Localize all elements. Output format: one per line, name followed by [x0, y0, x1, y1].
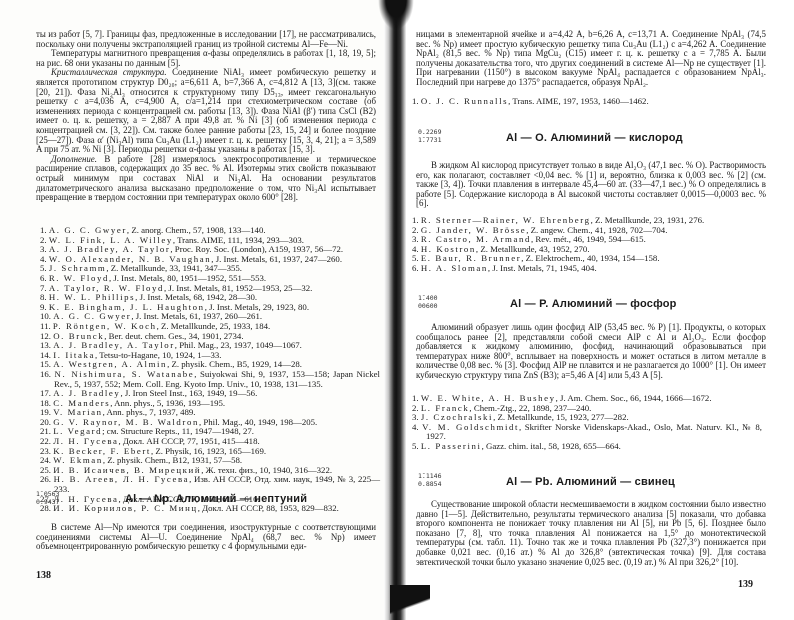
- log-value: 0.2269: [418, 128, 441, 136]
- reference-authors: A. G. C. Gwyer: [53, 311, 131, 321]
- reference-source: , Gazz. chim. ital., 58, 1928, 655—664.: [482, 441, 621, 451]
- reference-number: 26.: [40, 474, 51, 484]
- reference-list-np: 1. O. J. C. Runnalls, Trans. AIME, 197, …: [402, 97, 762, 107]
- reference-item: 1. O. J. C. Runnalls, Trans. AIME, 197, …: [402, 97, 762, 107]
- reference-number: 18.: [40, 398, 51, 408]
- paragraph: Алюминий образует лишь один фосфид AlP (…: [416, 323, 766, 381]
- reference-number: 8.: [40, 292, 47, 302]
- right-page: ницами в элементарной ячейке и a=4,42 A,…: [398, 0, 794, 620]
- paragraph-lead: Дополнение.: [51, 154, 97, 164]
- reference-number: 10.: [40, 311, 51, 321]
- reference-source: , Trans. AIME, 111, 1934, 293—303.: [173, 235, 304, 245]
- log-value: 0.9437: [36, 498, 59, 506]
- reference-source: , J. Inst. Metals, 29, 1923, 80.: [205, 302, 309, 312]
- reference-number: 22.: [40, 436, 51, 446]
- reference-number: 6.: [412, 263, 419, 273]
- paragraph: В системе Al—Np имеются три соединения, …: [36, 523, 376, 552]
- paragraph: ницами в элементарной ячейке и a=4,42 A,…: [416, 30, 766, 88]
- reference-item: 16. N. Nishimura, S. Watanabe, Suiyokwai…: [30, 370, 380, 389]
- p-text: Алюминий образует лишь один фосфид AlP (…: [416, 323, 766, 381]
- reference-number: 6.: [40, 273, 47, 283]
- reference-source: , Phil. Mag., 23, 1937, 1049—1067.: [175, 340, 302, 350]
- reference-number: 3.: [40, 244, 47, 254]
- reference-number: 11.: [40, 321, 51, 331]
- reference-source: ; см. Structure Repts., 11, 1947—1948, 2…: [102, 426, 254, 436]
- reference-number: 24.: [40, 455, 51, 465]
- reference-item: 5. L. Passerini, Gazz. chim. ital., 58, …: [402, 442, 762, 452]
- reference-source: , Z. angew. Chem., 41, 1928, 702—704.: [526, 225, 667, 235]
- reference-authors: Л. Н. Гусева: [53, 494, 118, 504]
- log-value: 1̄.7731: [418, 136, 441, 144]
- addendum-paragraph: Дополнение. В работе [28] измерялось эле…: [36, 155, 376, 203]
- reference-number: 1.: [40, 225, 47, 235]
- reference-number: 9.: [40, 302, 47, 312]
- page-number: 139: [738, 579, 753, 590]
- reference-number: 12.: [40, 331, 51, 341]
- reference-authors: G. V. Raynor, M. B. Waldron: [53, 417, 199, 427]
- section-heading-np: Al — Np. Алюминий — нептуний: [125, 493, 307, 505]
- reference-authors: V. M. Goldschmidt: [422, 422, 519, 432]
- reference-authors: A. G. C. Gwyer: [49, 225, 127, 235]
- log-value: 00600: [418, 302, 438, 310]
- reference-item: 6. H. A. Sloman, J. Inst. Metals, 71, 19…: [402, 264, 762, 274]
- reference-authors: A. Westgren, A. Almin: [53, 359, 167, 369]
- reference-authors: R. Sterner—Rainer, W. Ehrenberg: [421, 215, 591, 225]
- reference-authors: Н. В. Агеев, Л. Н. Гусева: [54, 474, 190, 484]
- log-value: 1̄.400: [418, 294, 438, 302]
- o-text: В жидком Al кислород присутствует только…: [416, 161, 766, 209]
- reference-authors: K. Becker, F. Ebert: [53, 446, 151, 456]
- reference-list-ni: 1. A. G. C. Gwyer, Z. anorg. Chem., 57, …: [30, 226, 380, 514]
- reference-number: 23.: [40, 446, 51, 456]
- reference-number: 17.: [40, 388, 51, 398]
- reference-authors: I. Iitaka: [53, 350, 95, 360]
- reference-source: , Z. Metallkunde, 23, 1931, 276.: [591, 215, 705, 225]
- reference-authors: C. Manders: [53, 398, 110, 408]
- reference-source: , Z. Metallkunde, 15, 1923, 277—282.: [493, 412, 629, 422]
- reference-number: 1.: [412, 96, 419, 106]
- reference-authors: W. L. Fink, L. A. Willey: [49, 235, 173, 245]
- reference-number: 13.: [40, 340, 51, 350]
- reference-source: , J. Inst. Metals, 68, 1942, 28—30.: [135, 292, 257, 302]
- reference-authors: R. W. Floyd: [49, 273, 109, 283]
- reference-source: , Chem.-Ztg., 22, 1898, 237—240.: [469, 403, 591, 413]
- left-intro: ты из работ [5, 7]. Границы фаз, предлож…: [36, 30, 376, 203]
- reference-source: , J. Inst. Metals, 61, 1937, 260—261.: [131, 311, 262, 321]
- reference-list-p: 1. W. E. White, A. H. Bushey, J. Am. Che…: [402, 394, 762, 452]
- reference-number: 3.: [412, 412, 419, 422]
- reference-source: , Z. Physik, 16, 1923, 165—169.: [151, 446, 266, 456]
- page-number: 138: [36, 570, 51, 581]
- reference-authors: A. J. Bradley, A. Taylor: [49, 244, 171, 254]
- paragraph: Существование широкой области несмешивае…: [416, 500, 766, 567]
- reference-authors: O. Brunck: [53, 331, 104, 341]
- reference-authors: L. Franck: [421, 403, 470, 413]
- log-values-np: 1̄.0563 0.9437: [36, 490, 59, 506]
- reference-source: , J. Am. Chem. Soc., 66, 1944, 1666—1672…: [556, 393, 712, 403]
- reference-authors: И. В. Исаичев, В. Мирецкий: [53, 465, 201, 475]
- reference-number: 19.: [40, 407, 51, 417]
- reference-source: , J. Inst. Metals, 80, 1951—1952, 551—55…: [109, 273, 266, 283]
- reference-number: 2.: [412, 225, 419, 235]
- reference-number: 2.: [412, 403, 419, 413]
- reference-source: , Докл. АН СССР, 77, 1951, 415—418.: [119, 436, 260, 446]
- reference-authors: G. Jander, W. Brösse: [421, 225, 526, 235]
- reference-source: , Rev. mét., 46, 1949, 594—615.: [531, 234, 646, 244]
- left-page: ты из работ [5, 7]. Границы фаз, предлож…: [0, 0, 390, 620]
- reference-authors: L. Vegard: [53, 426, 102, 436]
- reference-number: 3.: [412, 234, 419, 244]
- pb-text: Существование широкой области несмешивае…: [416, 500, 766, 567]
- reference-number: 25.: [40, 465, 51, 475]
- reference-authors: A. J. Bradley, A. Taylor: [53, 340, 175, 350]
- reference-number: 4.: [40, 254, 47, 264]
- reference-source: , Ann. phys., 7, 1937, 489.: [103, 407, 196, 417]
- reference-source: , Phil. Mag., 40, 1949, 198—205.: [199, 417, 317, 427]
- reference-authors: J. Czochralski: [421, 412, 493, 422]
- reference-item: 26. Н. В. Агеев, Л. Н. Гусева, Изв. АН С…: [30, 475, 380, 494]
- reference-authors: W. Ekman: [53, 455, 103, 465]
- paragraph: ты из работ [5, 7]. Границы фаз, предлож…: [36, 30, 376, 49]
- section-heading-o: Al — O. Алюминий — кислород: [506, 132, 683, 144]
- reference-source: , Ber. deut. chem. Ges., 34, 1901, 2734.: [104, 331, 243, 341]
- reference-item: 4. V. M. Goldschmidt, Skrifter Norske Vi…: [402, 423, 762, 442]
- log-values-o: 0.2269 1̄.7731: [418, 128, 441, 144]
- reference-authors: V. Marian: [53, 407, 102, 417]
- paragraph-lead: Кристаллическая структура.: [51, 67, 167, 77]
- reference-number: 4.: [412, 422, 419, 432]
- section-heading-p: Al — P. Алюминий — фосфор: [510, 298, 677, 310]
- reference-source: , Z. Elektrochem., 40, 1934, 154—158.: [521, 253, 659, 263]
- reference-authors: A. Taylor, R. W. Floyd: [49, 283, 164, 293]
- reference-number: 5.: [40, 263, 47, 273]
- reference-authors: W. E. White, A. H. Bushey: [421, 393, 556, 403]
- reference-authors: H. W. L. Phillips: [49, 292, 135, 302]
- np-text: В системе Al—Np имеются три соединения, …: [36, 523, 376, 552]
- reference-source: , J. Inst. Metals, 61, 1937, 247—260.: [211, 254, 342, 264]
- reference-number: 15.: [40, 359, 51, 369]
- log-values-pb: 1̄.1146 0.8854: [418, 472, 441, 488]
- reference-authors: A. J. Bradley: [53, 388, 120, 398]
- reference-number: 5.: [412, 253, 419, 263]
- reference-list-o: 1. R. Sterner—Rainer, W. Ehrenberg, Z. M…: [402, 216, 762, 274]
- reference-authors: W. O. Alexander, N. B. Vaughan: [49, 254, 211, 264]
- reference-number: 16.: [40, 369, 51, 379]
- reference-source: , Ж. техн. физ., 10, 1940, 316—322.: [201, 465, 332, 475]
- reference-number: 7.: [40, 283, 47, 293]
- reference-source: , J. Inst. Metals, 71, 1945, 404.: [488, 263, 597, 273]
- reference-source: , Z. Metallkunde, 43, 1952, 270.: [476, 244, 590, 254]
- reference-number: 5.: [412, 441, 419, 451]
- section-heading-pb: Al — Pb. Алюминий — свинец: [506, 476, 675, 488]
- paragraph: Температуры магнитного превращения α-фаз…: [36, 49, 376, 68]
- reference-number: 1.: [412, 215, 419, 225]
- reference-source: , Ann. phys., 5, 1936, 193—195.: [110, 398, 225, 408]
- reference-number: 20.: [40, 417, 51, 427]
- reference-number: 14.: [40, 350, 51, 360]
- reference-source: , Tetsu-to-Hagane, 10, 1924, 1—33.: [95, 350, 222, 360]
- log-values-p: 1̄.400 00600: [418, 294, 438, 310]
- reference-authors: R. Castro, M. Armand: [421, 234, 531, 244]
- reference-number: 1.: [412, 393, 419, 403]
- reference-number: 21.: [40, 426, 51, 436]
- reference-authors: N. Nishimura, S. Watanabe: [55, 369, 195, 379]
- reference-authors: J. Schramm: [49, 263, 107, 273]
- reference-authors: K. E. Bingham, J. L. Haughton: [49, 302, 205, 312]
- reference-number: 2.: [40, 235, 47, 245]
- reference-authors: H. A. Sloman: [421, 263, 488, 273]
- log-value: 0.8854: [418, 480, 441, 488]
- reference-source: , J. Inst. Metals, 81, 1952—1953, 25—32.: [164, 283, 312, 293]
- reference-source: , Z. physik. Chem., B12, 1931, 57—58.: [103, 455, 242, 465]
- reference-authors: O. J. C. Runnalls: [421, 96, 508, 106]
- crystal-structure-paragraph: Кристаллическая структура. Соединение Ni…: [36, 68, 376, 154]
- reference-authors: Л. Н. Гусева: [53, 436, 118, 446]
- reference-authors: L. Passerini: [421, 441, 482, 451]
- np-continuation: ницами в элементарной ячейке и a=4,42 A,…: [416, 30, 766, 88]
- reference-source: , Z. Metallkunde, 25, 1933, 184.: [157, 321, 271, 331]
- log-value: 1̄.0563: [36, 490, 59, 498]
- reference-source: , Z. Metallkunde, 33, 1941, 347—355.: [106, 263, 242, 273]
- reference-source: , Trans. AIME, 197, 1953, 1460—1462.: [508, 96, 649, 106]
- reference-item: 28. И. И. Корнилов, Р. С. Минц, Докл. АН…: [30, 504, 380, 514]
- reference-source: , Z. anorg. Chem., 57, 1908, 133—140.: [127, 225, 266, 235]
- reference-source: , Proc. Roy. Soc. (London), A159, 1937, …: [170, 244, 343, 254]
- reference-source: , J. Iron Steel Inst., 163, 1949, 19—56.: [120, 388, 257, 398]
- paragraph-body: Соединение NiAl₃ имеет ромбическую решет…: [36, 67, 376, 154]
- reference-authors: E. Baur, R. Brunner: [421, 253, 521, 263]
- reference-authors: P. Röntgen, W. Koch: [53, 321, 157, 331]
- paragraph: В жидком Al кислород присутствует только…: [416, 161, 766, 209]
- log-value: 1̄.1146: [418, 472, 441, 480]
- reference-source: , Z. physik. Chem., B5, 1929, 14—28.: [167, 359, 302, 369]
- reference-authors: H. Kostron: [421, 244, 476, 254]
- reference-number: 4.: [412, 244, 419, 254]
